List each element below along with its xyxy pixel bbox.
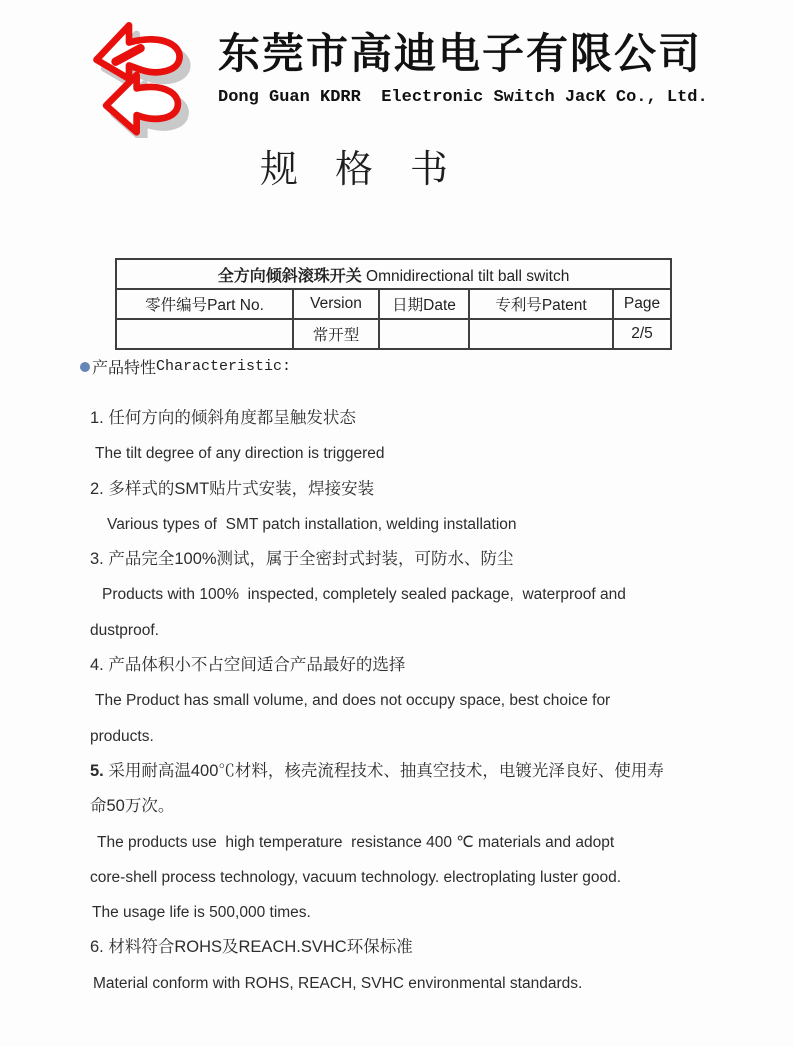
col-header-page: Page	[613, 289, 671, 319]
table-title-en: Omnidirectional tilt ball switch	[362, 268, 570, 285]
col-header-version: Version	[293, 289, 379, 319]
col-header-date: 日期Date	[379, 289, 469, 319]
bullet-icon	[80, 362, 90, 372]
char-line-5-number: 5.	[90, 762, 104, 780]
char-line-1-en: The tilt degree of any direction is trig…	[95, 436, 750, 471]
char-line-3-zh: 3. 产品完全100%测试，属于全密封式封装，可防水、防尘	[90, 542, 750, 577]
char-line-4-en: The Product has small volume, and does n…	[95, 683, 750, 718]
page-value: 2/5	[613, 319, 671, 349]
company-name-block: 东莞市高迪电子有限公司 Dong Guan KDRR Electronic Sw…	[218, 12, 708, 107]
page-title: 规格书	[260, 138, 485, 193]
document-header: 东莞市高迪电子有限公司 Dong Guan KDRR Electronic Sw…	[86, 12, 708, 138]
part-no-value	[116, 319, 293, 349]
table-value-row: 常开型 2/5	[116, 319, 671, 349]
version-value: 常开型	[293, 319, 379, 349]
char-line-1-zh: 1. 任何方向的倾斜角度都呈触发状态	[90, 401, 750, 436]
char-line-5-en-cont2: The usage life is 500,000 times.	[92, 895, 750, 930]
patent-value	[469, 319, 613, 349]
char-line-6-zh: 6. 材料符合ROHS及REACH.SVHC环保标准	[90, 930, 750, 965]
kdrr-double-arrow-logo-icon	[86, 12, 214, 138]
char-line-3-en-cont: dustproof.	[90, 613, 750, 648]
table-title-zh: 全方向倾斜滚珠开关	[218, 268, 362, 285]
characteristic-heading-zh: 产品特性	[92, 355, 156, 378]
char-line-5-zh-cont: 命50万次。	[90, 789, 750, 824]
char-line-5-zh: 5. 采用耐高温400℃材料，核壳流程技术、抽真空技术，电镀光泽良好、使用寿	[90, 754, 750, 789]
table-header-row: 零件编号Part No. Version 日期Date 专利号Patent Pa…	[116, 289, 671, 319]
table-title-row: 全方向倾斜滚珠开关 Omnidirectional tilt ball swit…	[116, 259, 671, 289]
company-name-zh: 东莞市高迪电子有限公司	[218, 30, 708, 80]
char-line-5-text: 采用耐高温400℃材料，核壳流程技术、抽真空技术，电镀光泽良好、使用寿	[104, 762, 664, 780]
char-line-4-zh: 4. 产品体积小不占空间适合产品最好的选择	[90, 648, 750, 683]
table-title-cell: 全方向倾斜滚珠开关 Omnidirectional tilt ball swit…	[116, 259, 671, 289]
col-header-part-no: 零件编号Part No.	[116, 289, 293, 319]
char-line-2-en: Various types of SMT patch installation,…	[107, 507, 750, 542]
char-line-5-en-cont1: core-shell process technology, vacuum te…	[90, 860, 750, 895]
char-line-2-zh: 2. 多样式的SMT贴片式安装，焊接安装	[90, 472, 750, 507]
char-line-5-en: The products use high temperature resist…	[97, 825, 750, 860]
spec-sheet-page: 东莞市高迪电子有限公司 Dong Guan KDRR Electronic Sw…	[0, 0, 794, 1046]
char-line-4-en-cont: products.	[90, 719, 750, 754]
col-header-patent: 专利号Patent	[469, 289, 613, 319]
date-value	[379, 319, 469, 349]
characteristic-heading: 产品特性 Characteristic:	[80, 355, 291, 378]
char-line-3-en: Products with 100% inspected, completely…	[102, 577, 750, 612]
char-line-6-en: Material conform with ROHS, REACH, SVHC …	[93, 966, 750, 1001]
company-name-en: Dong Guan KDRR Electronic Switch JacK Co…	[218, 88, 708, 107]
characteristic-heading-en: Characteristic:	[156, 358, 291, 375]
characteristics-list: 1. 任何方向的倾斜角度都呈触发状态 The tilt degree of an…	[90, 401, 750, 1001]
spec-table: 全方向倾斜滚珠开关 Omnidirectional tilt ball swit…	[115, 258, 672, 350]
